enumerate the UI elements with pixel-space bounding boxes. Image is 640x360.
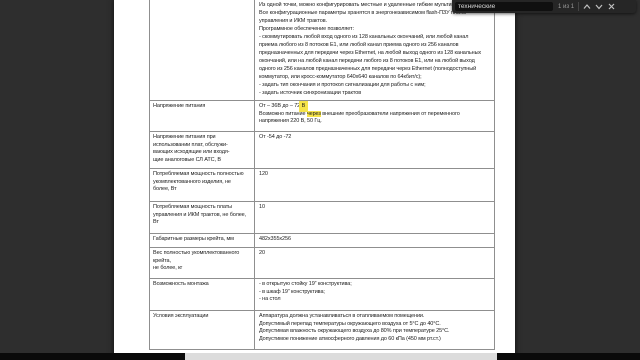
value-line: От – 36В до – 72 В <box>259 103 491 111</box>
value-line: Допустимый перепад температуры окружающе… <box>259 321 491 329</box>
value-line: 10 <box>259 204 491 212</box>
value-line: Аппаратура должна устанавливаться в отап… <box>259 313 491 321</box>
document-page: Из одной точки, можно конфигурировать ме… <box>114 0 515 360</box>
pdf-viewer: Из одной точки, можно конфигурировать ме… <box>0 0 640 360</box>
find-previous-button[interactable] <box>581 1 593 12</box>
row-label-cell <box>150 0 255 100</box>
label-line: щие аналоговые СЛ АТС, В <box>153 157 252 165</box>
table-row: Напряжение питанияОт – 36В до – 72 ВВозм… <box>150 100 494 131</box>
table-row: Потребляемая мощность платыуправления и … <box>150 201 494 233</box>
row-label-cell: Условия эксплуатации <box>150 311 255 349</box>
value-line: - в открытую стойку 19” конструктива; <box>259 281 491 289</box>
row-value-cell: - в открытую стойку 19” конструктива;- в… <box>255 279 494 310</box>
table-row: Условия эксплуатацииАппаратура должна ус… <box>150 310 494 349</box>
table-row: Напряжение питания прииспользовании плат… <box>150 131 494 168</box>
row-label-cell: Возможность монтажа <box>150 279 255 310</box>
row-value-cell: Из одной точки, можно конфигурировать ме… <box>255 0 494 100</box>
label-line: вающих исходящие или входя- <box>153 149 252 157</box>
row-label-cell: Напряжение питания прииспользовании плат… <box>150 132 255 168</box>
label-line: Вт <box>153 219 252 227</box>
row-label-cell: Вес полностью укомплектованногокрейта,не… <box>150 248 255 278</box>
horizontal-scrollbar-track[interactable] <box>0 353 640 360</box>
label-line: использовании плат, обслужи- <box>153 142 252 150</box>
value-line: коммутатор, или кросс-коммутатор 640х640… <box>259 73 491 81</box>
find-bar: технические 1 из 1 <box>452 0 636 13</box>
table-row: Потребляемая мощность полностьюукомплект… <box>150 168 494 201</box>
find-next-button[interactable] <box>593 1 605 12</box>
close-icon <box>607 0 616 16</box>
table-row: Возможность монтажа- в открытую стойку 1… <box>150 278 494 310</box>
find-match-count: 1 из 1 <box>558 4 574 10</box>
value-line: Программное обеспечение позволяет: <box>259 25 491 33</box>
row-value-cell: 482х355х256 <box>255 234 494 247</box>
value-line: окончаний, или на любой канал передачи л… <box>259 57 491 65</box>
text-segment: Возможно питание <box>259 111 307 117</box>
row-value-cell: 20 <box>255 248 494 278</box>
row-value-cell: 10 <box>255 202 494 233</box>
row-label-cell: Напряжение питания <box>150 101 255 131</box>
label-line: Вес полностью укомплектованного <box>153 250 252 258</box>
label-line: укомплектованного изделия, не <box>153 179 252 187</box>
label-line: Условия эксплуатации <box>153 313 252 321</box>
find-input[interactable]: технические <box>455 2 553 11</box>
label-line: не более, кг <box>153 265 252 273</box>
value-line: - задать тип окончания и протокол сигнал… <box>259 81 491 89</box>
label-line: Напряжение питания <box>153 103 252 111</box>
table-row: Вес полностью укомплектованногокрейта,не… <box>150 247 494 278</box>
row-value-cell: 120 <box>255 169 494 201</box>
find-bar-divider <box>578 2 579 11</box>
row-value-cell: От – 36В до – 72 ВВозможно питание через… <box>255 101 494 131</box>
search-highlight: через <box>307 111 321 117</box>
value-line: одного из 256 каналов предназначенных дл… <box>259 65 491 73</box>
label-line: Габаритные размеры крейта, мм <box>153 236 252 244</box>
find-close-button[interactable] <box>605 1 617 12</box>
value-line: - на стол <box>259 296 491 304</box>
spec-table: Из одной точки, можно конфигурировать ме… <box>149 0 495 350</box>
value-line: Допустимая влажность окружающего воздуха… <box>259 328 491 336</box>
value-line: Допустимое понижение атмосферного давлен… <box>259 336 491 344</box>
chevron-up-icon <box>582 0 592 16</box>
row-label-cell: Потребляемая мощность полностьюукомплект… <box>150 169 255 201</box>
value-line: - в шкаф 19” конструктива; <box>259 289 491 297</box>
row-label-cell: Потребляемая мощность платыуправления и … <box>150 202 255 233</box>
label-line: Потребляемая мощность платы <box>153 204 252 212</box>
label-line: управления и ИКМ трактов, не более, <box>153 212 252 220</box>
value-line: 20 <box>259 250 491 258</box>
value-line: От -54 до -72 <box>259 134 491 142</box>
chevron-down-icon <box>594 0 604 16</box>
row-value-cell: От -54 до -72 <box>255 132 494 168</box>
horizontal-scrollbar-thumb[interactable] <box>185 353 497 360</box>
search-highlight: В <box>302 103 306 109</box>
value-line: управления и ИКМ трактов. <box>259 17 491 25</box>
table-row: Габаритные размеры крейта, мм482х355х256 <box>150 233 494 247</box>
label-line: Потребляемая мощность полностью <box>153 171 252 179</box>
label-line: крейта, <box>153 258 252 266</box>
value-line: 120 <box>259 171 491 179</box>
table-row: Из одной точки, можно конфигурировать ме… <box>150 0 494 100</box>
row-value-cell: Аппаратура должна устанавливаться в отап… <box>255 311 494 349</box>
value-line: - скоммутировать любой вход одного из 12… <box>259 33 491 41</box>
text-segment: внешние преобразователи напряжения от пе… <box>321 111 460 117</box>
value-line: напряжения 220 В, 50 Гц. <box>259 118 491 126</box>
value-line: приема любого из 8 потоков Е1, или любой… <box>259 41 491 49</box>
value-line: - задать источник синхронизации трактов <box>259 89 491 97</box>
label-line: Напряжение питания при <box>153 134 252 142</box>
row-label-cell: Габаритные размеры крейта, мм <box>150 234 255 247</box>
label-line: более, Вт <box>153 186 252 194</box>
value-line: предназначенных для передачи через Ether… <box>259 49 491 57</box>
text-segment: От – 36В до – 72 <box>259 103 302 109</box>
value-line: Возможно питание через внешние преобразо… <box>259 111 491 119</box>
value-line: 482х355х256 <box>259 236 491 244</box>
label-line: Возможность монтажа <box>153 281 252 289</box>
